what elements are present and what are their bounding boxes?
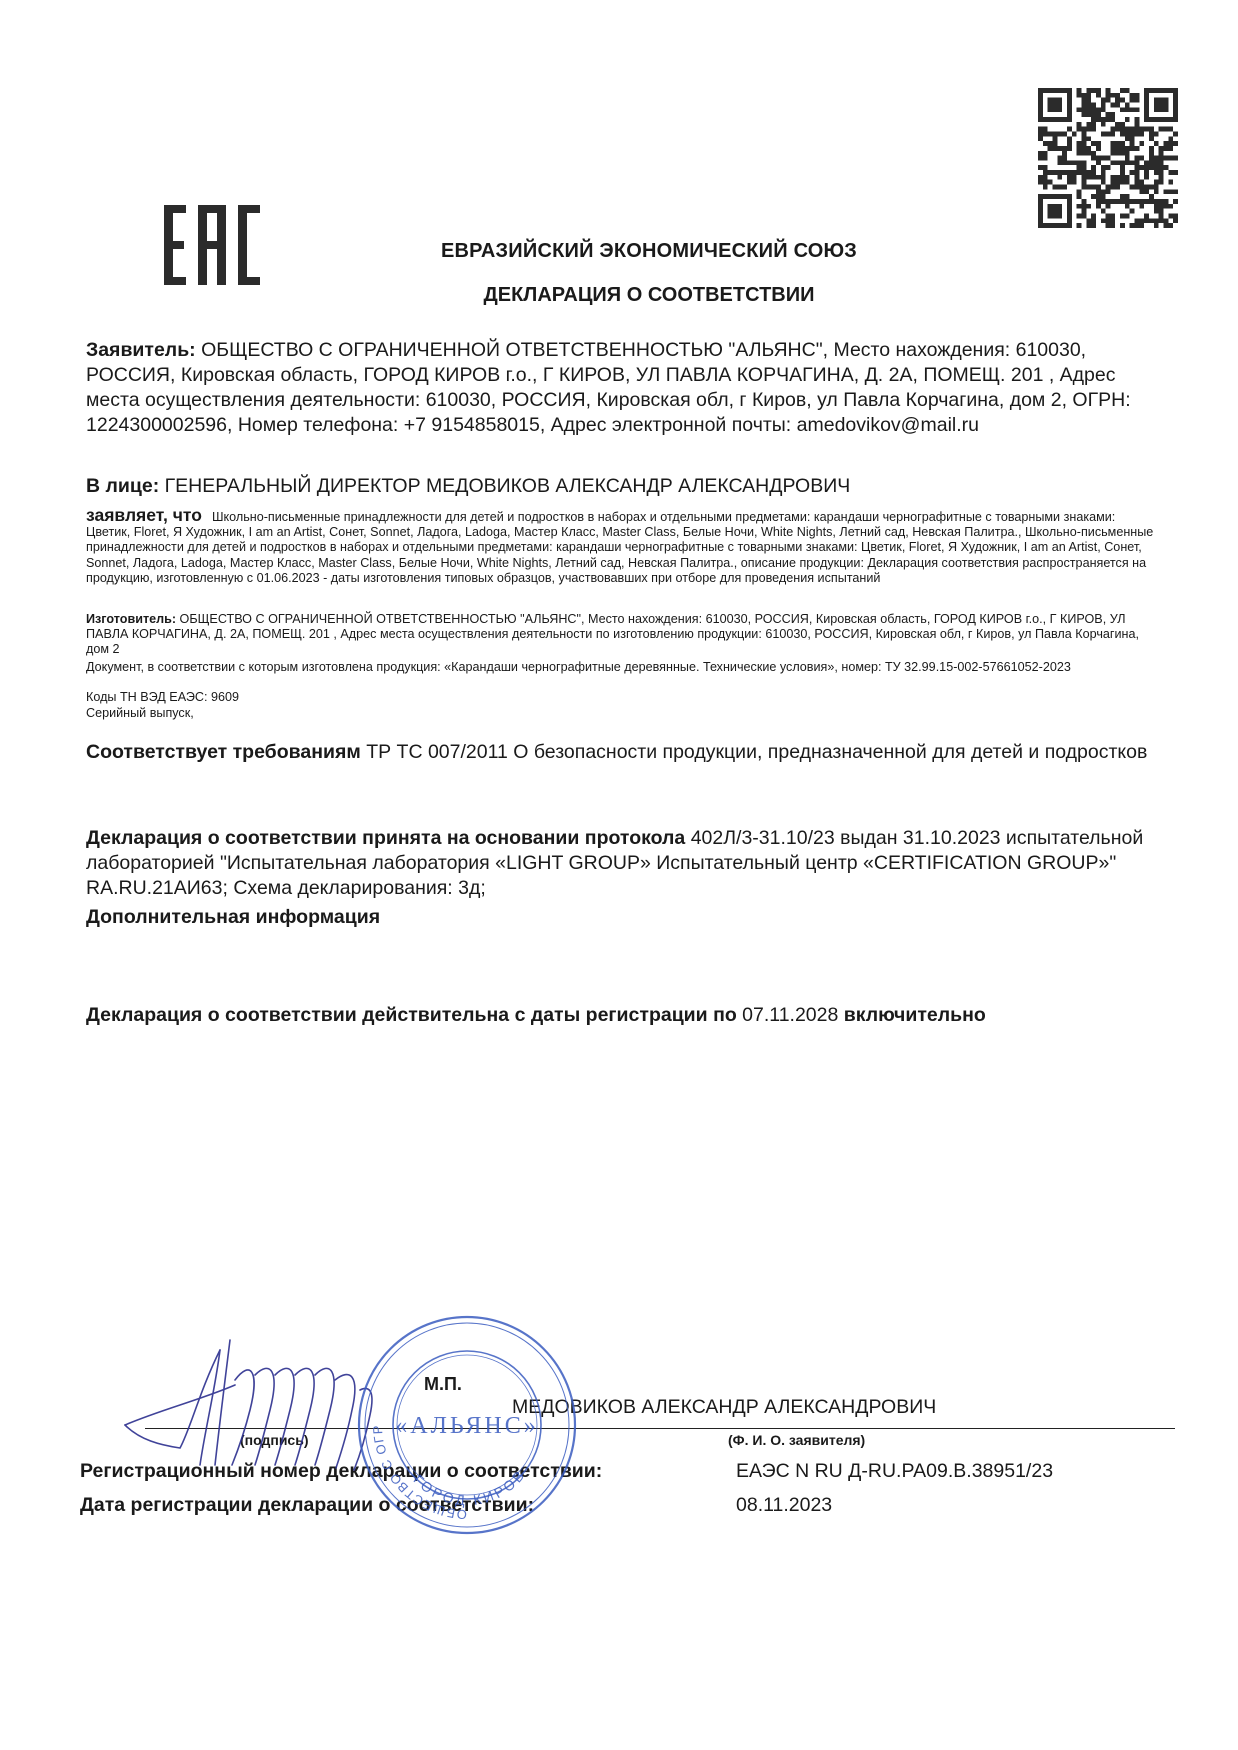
representative-label: В лице: (86, 475, 159, 497)
registration-date: 08.11.2023 (736, 1494, 832, 1517)
registration-number-label: Регистрационный номер декларации о соотв… (80, 1460, 602, 1483)
applicant-section: Заявитель: ОБЩЕСТВО С ОГРАНИЧЕННОЙ ОТВЕТ… (86, 338, 1156, 438)
manufacturer-details: ОБЩЕСТВО С ОГРАНИЧЕННОЙ ОТВЕТСТВЕННОСТЬЮ… (86, 612, 1139, 656)
handwritten-signature-icon (120, 1330, 450, 1470)
manufacturer-section: Изготовитель: ОБЩЕСТВО С ОГРАНИЧЕННОЙ ОТ… (86, 612, 1162, 658)
svg-text:ОБЩЕСТВО С ОГРАНИЧЕННОЙ ОТВЕТС: ОБЩЕСТВО С ОГРАНИЧЕННОЙ ОТВЕТСТВЕННОСТЬЮ (345, 1298, 467, 1522)
customs-codes: Коды ТН ВЭД ЕАЭС: 9609 (86, 690, 1162, 705)
signature-caption: (подпись) (240, 1432, 309, 1448)
applicant-label: Заявитель: (86, 339, 196, 361)
manufacturer-label: Изготовитель: (86, 612, 176, 626)
standard-document-ref: Документ, в соответствии с которым изгот… (86, 660, 1162, 675)
validity-date: 07.11.2028 (737, 1004, 844, 1026)
product-description: Школьно-письменные принадлежности для де… (86, 510, 1153, 585)
union-title: ЕВРАЗИЙСКИЙ ЭКОНОМИЧЕСКИЙ СОЮЗ (0, 240, 1238, 263)
document-title: ДЕКЛАРАЦИЯ О СООТВЕТСТВИИ (0, 284, 1238, 307)
requirements-label: Соответствует требованиям (86, 741, 361, 763)
requirements-text: ТР ТС 007/2011 О безопасности продукции,… (361, 741, 1148, 763)
basis-label: Декларация о соответствии принята на осн… (86, 827, 685, 849)
serial-production: Серийный выпуск, (86, 706, 1162, 721)
declares-label: заявляет, что (86, 505, 202, 525)
registration-number: ЕАЭС N RU Д-RU.РА09.В.38951/23 (736, 1460, 1053, 1483)
applicant-details: ОБЩЕСТВО С ОГРАНИЧЕННОЙ ОТВЕТСТВЕННОСТЬЮ… (86, 339, 1131, 436)
representative-section: В лице: ГЕНЕРАЛЬНЫЙ ДИРЕКТОР МЕДОВИКОВ А… (86, 474, 1156, 499)
representative-name: ГЕНЕРАЛЬНЫЙ ДИРЕКТОР МЕДОВИКОВ АЛЕКСАНДР… (159, 475, 850, 497)
stamp-outer-text: ОБЩЕСТВО С ОГРАНИЧЕННОЙ ОТВЕТСТВЕННОСТЬЮ (345, 1298, 467, 1522)
additional-info-heading: Дополнительная информация (86, 906, 380, 929)
name-caption: (Ф. И. О. заявителя) (728, 1432, 865, 1448)
applicant-full-name: МЕДОВИКОВ АЛЕКСАНДР АЛЕКСАНДРОВИЧ (512, 1396, 936, 1419)
requirements-section: Соответствует требованиям ТР ТС 007/2011… (86, 740, 1160, 765)
validity-suffix: включительно (844, 1004, 986, 1026)
qr-code-icon (1038, 88, 1178, 228)
validity-label: Декларация о соответствии действительна … (86, 1004, 737, 1026)
registration-date-label: Дата регистрации декларации о соответств… (80, 1494, 534, 1517)
declaration-statement: заявляет, чтоШкольно-письменные принадле… (86, 508, 1162, 586)
seal-place-label: М.П. (424, 1374, 462, 1395)
signature-line (145, 1428, 1175, 1429)
declaration-page: ЕВРАЗИЙСКИЙ ЭКОНОМИЧЕСКИЙ СОЮЗ ДЕКЛАРАЦИ… (0, 0, 1238, 1750)
validity-statement: Декларация о соответствии действительна … (86, 1004, 986, 1027)
basis-section: Декларация о соответствии принята на осн… (86, 826, 1160, 901)
